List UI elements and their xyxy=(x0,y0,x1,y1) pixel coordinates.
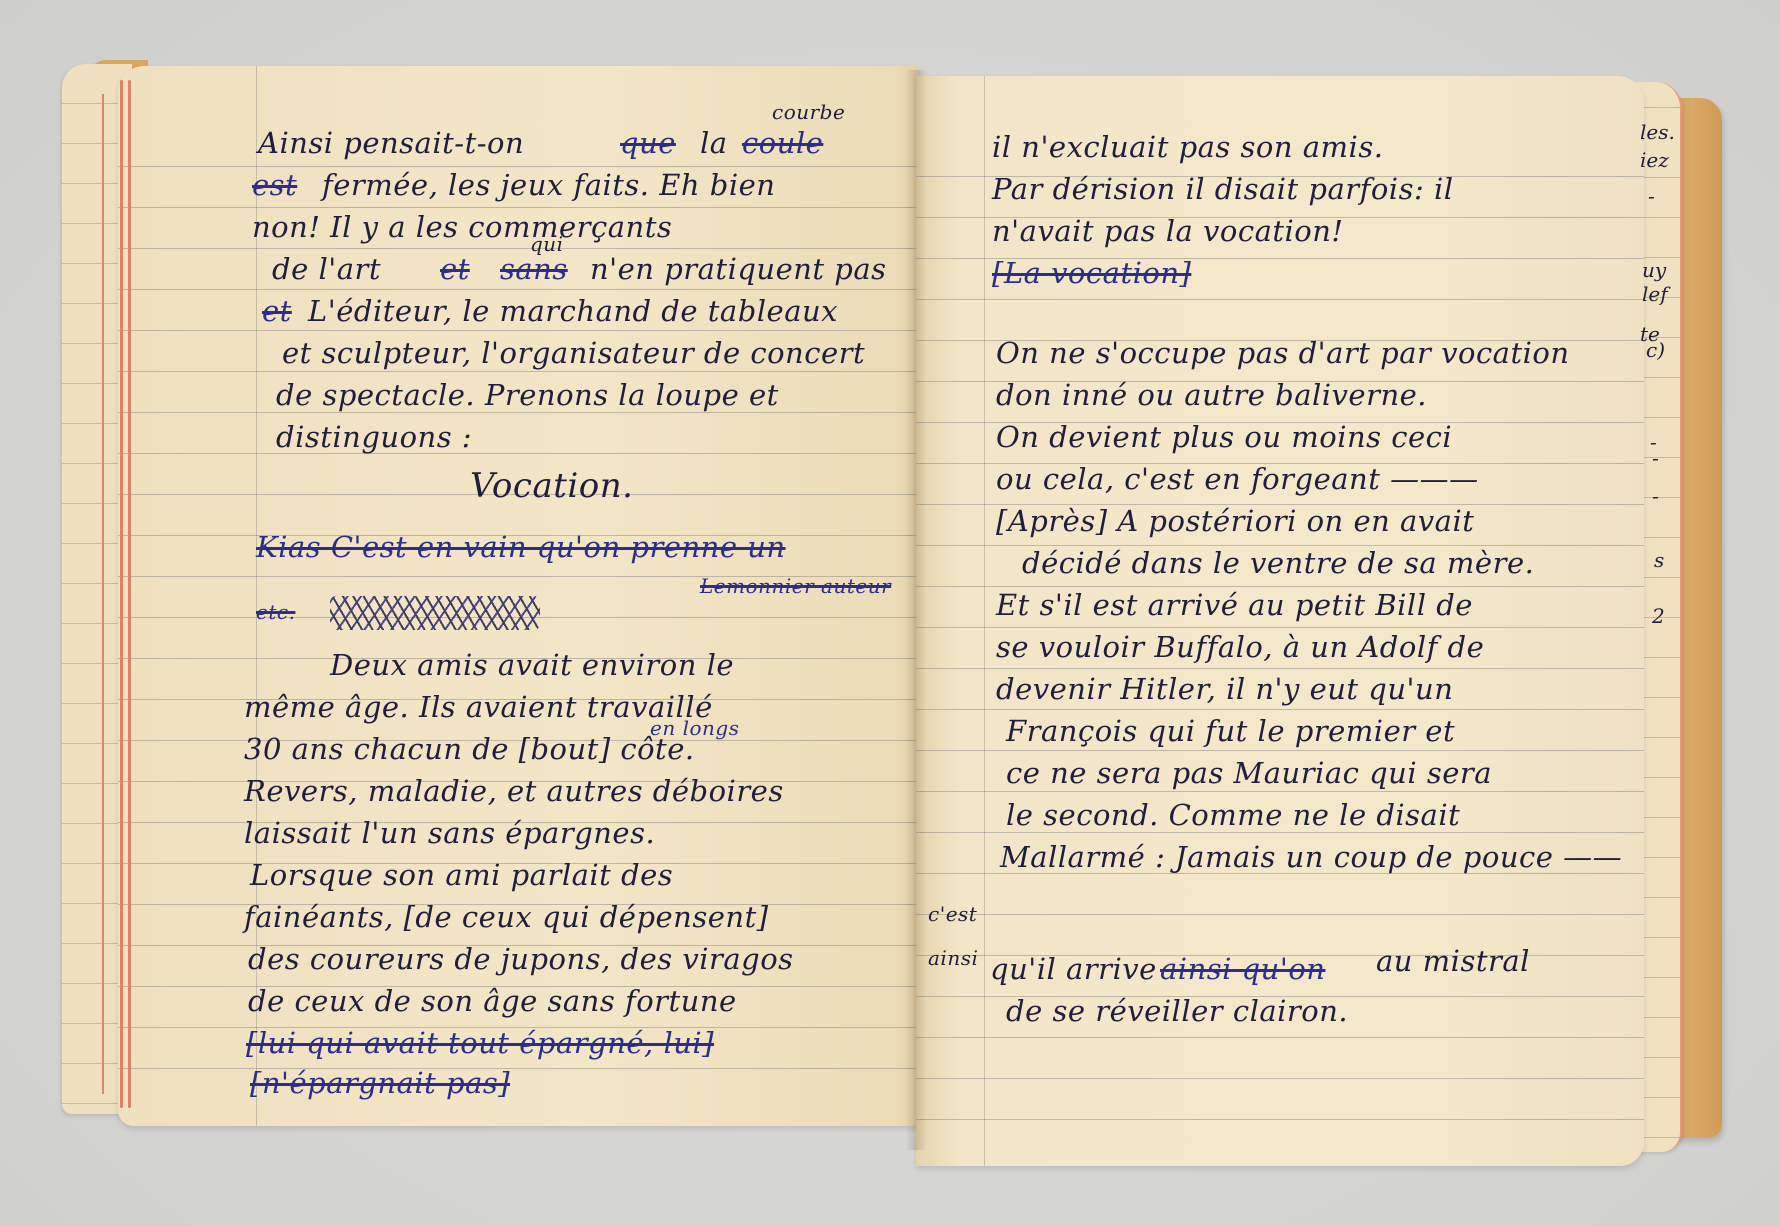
left-line-5-struck: et xyxy=(262,294,292,328)
closing-line-1: qu'il arrive xyxy=(990,952,1157,986)
para-line-8: des coureurs de jupons, des viragos xyxy=(248,942,794,976)
right-line-4-struck: [La vocation] xyxy=(992,256,1191,290)
fragment-9: - xyxy=(1652,446,1659,470)
left-line-4-struck-sans: sans xyxy=(500,252,568,286)
fragment-10: - xyxy=(1652,484,1659,508)
para-line-7: fainéants, [de ceux qui dépensent] xyxy=(244,900,769,934)
book-gutter xyxy=(905,70,927,1150)
left-line-1: Ainsi pensait-t-on xyxy=(258,126,524,160)
right-line-13: se vouloir Buffalo, à un Adolf de xyxy=(996,630,1484,664)
left-page-red-edge-inner xyxy=(128,80,131,1108)
right-line-12: Et s'il est arrivé au petit Bill de xyxy=(996,588,1473,622)
left-line-7: de spectacle. Prenons la loupe et xyxy=(276,378,779,412)
fragment-12: 2 xyxy=(1652,604,1665,628)
para-line-5: laissait l'un sans épargnes. xyxy=(244,816,655,850)
right-page-margin-line xyxy=(984,76,985,1166)
fragment-8: c) xyxy=(1646,338,1665,362)
para-line-4: Revers, maladie, et autres déboires xyxy=(244,774,784,808)
right-line-16: ce ne sera pas Mauriac qui sera xyxy=(1006,756,1492,790)
right-line-17: le second. Comme ne le disait xyxy=(1006,798,1460,832)
left-line-8: distinguons : xyxy=(276,420,472,454)
right-line-7: don inné ou autre baliverne. xyxy=(996,378,1427,412)
left-line-2: fermée, les jeux faits. Eh bien xyxy=(322,168,775,202)
right-line-14: devenir Hitler, il n'y eut qu'un xyxy=(996,672,1453,706)
fragment-3: - xyxy=(1648,184,1655,208)
struck-line-1: Kias C'est en vain qu'on prenne un xyxy=(256,530,786,564)
fragment-6: lef xyxy=(1642,282,1668,306)
right-line-6: On ne s'occupe pas d'art par vocation xyxy=(996,336,1570,370)
left-line-4-end: n'en pratiquent pas xyxy=(590,252,887,286)
right-line-10: [Après] A postériori on en avait xyxy=(996,504,1474,538)
closing-line-2: de se réveiller clairon. xyxy=(1006,994,1348,1028)
insert-courbe: courbe xyxy=(772,100,845,124)
struck-etc: etc. xyxy=(256,600,295,624)
fragment-5: uy xyxy=(1642,258,1666,282)
left-line-6: et sculpteur, l'organisateur de concert xyxy=(282,336,865,370)
margin-note-ainsi: ainsi xyxy=(928,946,978,970)
para-line-1: Deux amis avait environ le xyxy=(330,648,734,682)
scribbled-out-word xyxy=(330,596,540,630)
right-line-18: Mallarmé : Jamais un coup de pouce —— xyxy=(1000,840,1622,874)
right-line-2: Par dérision il disait parfois: il xyxy=(992,172,1454,206)
para-line-9: de ceux de son âge sans fortune xyxy=(248,984,737,1018)
fragment-1: les. xyxy=(1640,120,1675,144)
left-line-4-struck-et: et xyxy=(440,252,470,286)
right-line-1: il n'excluait pas son amis. xyxy=(992,130,1383,164)
para-line-10-struck: [lui qui avait tout épargné, lui] xyxy=(246,1026,714,1060)
closing-line-1-struck: ainsi qu'on xyxy=(1160,952,1325,986)
right-line-11: décidé dans le ventre de sa mère. xyxy=(1022,546,1534,580)
struck-line-2: Lemonnier auteur xyxy=(700,574,891,598)
left-line-1-struck: que xyxy=(620,126,676,160)
left-line-1-la: la xyxy=(700,126,728,160)
left-line-5: L'éditeur, le marchand de tableaux xyxy=(308,294,838,328)
right-line-15: François qui fut le premier et xyxy=(1006,714,1455,748)
para-line-3: 30 ans chacun de [bout] côte. xyxy=(244,732,695,766)
right-line-9: ou cela, c'est en forgeant ——— xyxy=(996,462,1479,496)
closing-line-1-end: au mistral xyxy=(1376,944,1530,978)
left-line-1-struck-after: coule xyxy=(742,126,823,160)
fragment-11: s xyxy=(1654,548,1664,572)
fragment-2: iez xyxy=(1640,148,1669,172)
left-page-red-edge xyxy=(120,80,123,1108)
para-line-11-struck: [n'épargnait pas] xyxy=(250,1066,510,1100)
left-line-4: de l'art xyxy=(272,252,381,286)
para-line-2: même âge. Ils avaient travaillé xyxy=(244,690,713,724)
margin-note-cest: c'est xyxy=(928,902,977,926)
left-line-2-struck: est xyxy=(252,168,297,202)
para-line-6: Lorsque son ami parlait des xyxy=(250,858,673,892)
left-line-3: non! Il y a les commerçants xyxy=(252,210,672,244)
right-line-8: On devient plus ou moins ceci xyxy=(996,420,1452,454)
left-stack-red-edge xyxy=(102,94,104,1094)
right-line-3: n'avait pas la vocation! xyxy=(992,214,1344,248)
heading-vocation: Vocation. xyxy=(470,466,633,506)
